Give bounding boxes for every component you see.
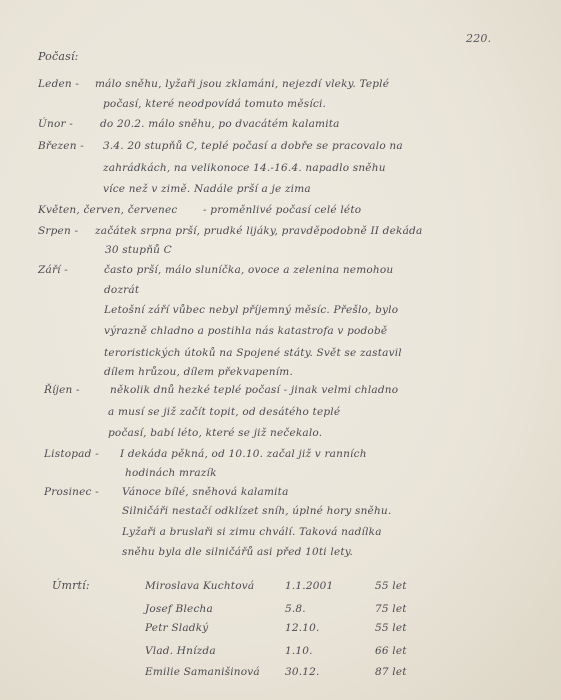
entry-line: teroristických útoků na Spojené státy. S…: [104, 347, 402, 359]
death-date: 12.10.: [285, 622, 320, 634]
death-age: 55 let: [375, 622, 407, 634]
month-label-december: Prosinec -: [44, 486, 99, 498]
entry-line: počasí, které neodpovídá tomuto měsíci.: [103, 98, 326, 110]
death-date: 5.8.: [285, 603, 306, 615]
death-age: 87 let: [375, 666, 407, 678]
entry-line: Letošní září vůbec nebyl příjemný měsíc.…: [104, 304, 398, 316]
death-name: Vlad. Hnízda: [145, 645, 216, 657]
month-label-october: Říjen -: [44, 384, 80, 396]
death-age: 75 let: [375, 603, 407, 615]
death-row: Miroslava Kuchtová 1.1.2001 55 let: [145, 580, 465, 596]
death-row: Josef Blecha 5.8. 75 let: [145, 603, 465, 619]
entry-line: zahrádkách, na velikonoce 14.-16.4. napa…: [103, 162, 386, 174]
death-date: 1.10.: [285, 645, 313, 657]
entry-line: více než v zimě. Nadále prší a je zima: [103, 183, 311, 195]
entry-line: Vánoce bílé, sněhová kalamita: [122, 486, 289, 498]
month-label-summer: Květen, červen, červenec: [38, 204, 177, 216]
entry-line: - proměnlivé počasí celé léto: [203, 204, 361, 216]
month-label-february: Únor -: [38, 118, 73, 130]
entry-line: 30 stupňů C: [105, 244, 172, 256]
entry-line: I dekáda pěkná, od 10.10. začal již v ra…: [120, 448, 367, 460]
deaths-heading: Úmrtí:: [52, 579, 90, 592]
month-label-march: Březen -: [38, 140, 84, 152]
entry-line: začátek srpna prší, prudké lijáky, pravd…: [95, 225, 422, 237]
entry-line: hodinách mrazík: [125, 467, 217, 479]
death-date: 30.12.: [285, 666, 320, 678]
entry-line: výrazně chladno a postihla nás katastrof…: [104, 325, 387, 337]
month-label-august: Srpen -: [38, 225, 78, 237]
death-name: Josef Blecha: [145, 603, 213, 615]
month-label-september: Září -: [38, 264, 68, 276]
month-label-november: Listopad -: [44, 448, 99, 460]
death-row: Petr Sladký 12.10. 55 let: [145, 622, 465, 638]
entry-line: počasí, babí léto, které se již nečekalo…: [108, 427, 322, 439]
entry-line: Silničáři nestačí odklízet sníh, úplné h…: [122, 505, 391, 517]
entry-line: několik dnů hezké teplé počasí - jinak v…: [110, 384, 398, 396]
page-number: 220.: [466, 32, 491, 45]
entry-line: dílem hrůzou, dílem překvapením.: [104, 366, 293, 378]
entry-line: a musí se již začít topit, od desátého t…: [108, 406, 340, 418]
entry-line: málo sněhu, lyžaři jsou zklamáni, nejezd…: [95, 78, 389, 90]
entry-line: Lyžaři a bruslaři si zimu chválí. Taková…: [122, 526, 382, 538]
death-date: 1.1.2001: [285, 580, 333, 592]
death-name: Emilie Samanišinová: [145, 666, 260, 678]
entry-line: do 20.2. málo sněhu, po dvacátém kalamit…: [100, 118, 340, 130]
death-age: 66 let: [375, 645, 407, 657]
month-label-january: Leden -: [38, 78, 79, 90]
weather-heading: Počasí:: [38, 50, 79, 63]
entry-line: často prší, málo sluníčka, ovoce a zelen…: [104, 264, 393, 276]
death-row: Vlad. Hnízda 1.10. 66 let: [145, 645, 465, 661]
entry-line: sněhu byla dle silničářů asi před 10ti l…: [122, 546, 353, 558]
chronicle-page: 220. Počasí: Leden - málo sněhu, lyžaři …: [0, 0, 561, 700]
entry-line: 3.4. 20 stupňů C, teplé počasí a dobře s…: [103, 140, 403, 152]
death-name: Petr Sladký: [145, 622, 208, 634]
death-age: 55 let: [375, 580, 407, 592]
death-row: Emilie Samanišinová 30.12. 87 let: [145, 666, 465, 682]
entry-line: dozrát: [104, 284, 139, 296]
death-name: Miroslava Kuchtová: [145, 580, 254, 592]
